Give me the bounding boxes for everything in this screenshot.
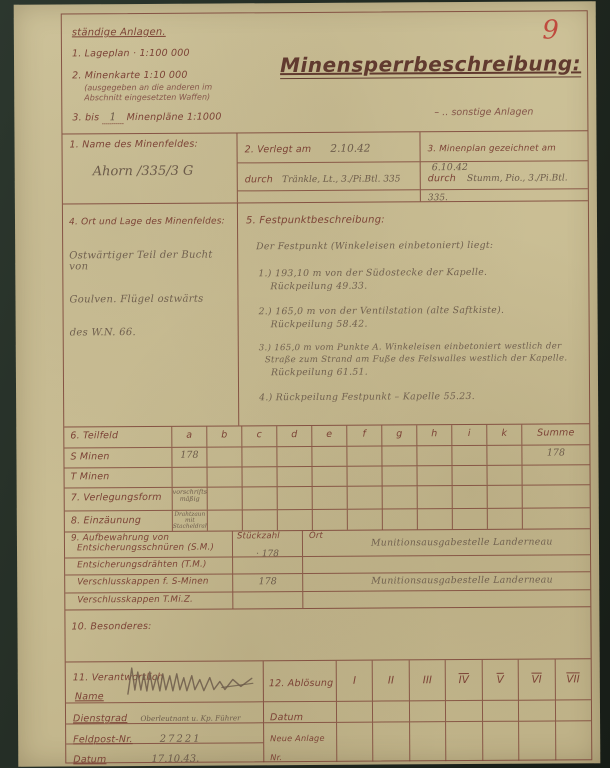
verantwortlich-block: 11. Verantwortlich Name Dienstgrad Oberl… (66, 661, 264, 763)
abloesung-label-block: 12. Ablösung Datum Neue AnlageNr. (263, 661, 337, 762)
verschlusskappen-s-label: Verschlusskappen f. S-Minen (65, 574, 232, 592)
table-cell (207, 510, 242, 530)
besonderes-label: 10. Besonderes: (71, 621, 151, 632)
table-cell (277, 510, 312, 530)
abloesung-col-2: II (372, 660, 409, 761)
abloesung-col-1: I (336, 661, 373, 762)
table-cell (276, 447, 311, 466)
table-cell (242, 467, 277, 486)
abloesung-col-7: VII (554, 659, 591, 760)
table-cell (451, 446, 486, 465)
table-cell (312, 467, 347, 486)
field5-p3l3: Rückpeilung 61.51. (271, 365, 581, 378)
field2-durch-label: durch (245, 174, 273, 185)
form-title: Minensperrbeschreibung: (280, 51, 581, 79)
verlegungsform-label: 7. Verlegungsform (65, 488, 172, 511)
form-header: ständige Anlagen. 1. Lageplan · 1:100 00… (62, 11, 588, 133)
roman-iii: III (423, 674, 432, 686)
neue-anlage-label: Neue AnlageNr. (270, 733, 325, 762)
table-cell (232, 592, 302, 608)
field5-p4: 4.) Rückpeilung Festpunkt – Kapelle 55.2… (259, 390, 581, 403)
col-c: c (241, 426, 276, 446)
table-cell (242, 487, 277, 509)
field3-durch-label: durch (428, 173, 456, 184)
field2-label: 2. Verlegt am (245, 144, 312, 155)
row3-ort: Munitionsausgabestelle Landerneau (302, 572, 590, 591)
table-cell (446, 721, 482, 762)
table-cell (232, 557, 302, 573)
table-cell (446, 700, 482, 721)
signature-scrawl (124, 663, 256, 700)
field-minenplan-gezeichnet: 3. Minenplan gezeichnet am 6.10.42 durch… (419, 131, 587, 201)
page-number: 9 (542, 15, 559, 45)
name-label: Name (75, 691, 104, 702)
table-cell (452, 466, 487, 485)
table-cell (312, 487, 347, 509)
table-cell (519, 699, 555, 720)
table-cell (207, 467, 242, 486)
table-cell (382, 486, 417, 508)
roman-i: I (353, 675, 356, 687)
table-cell (373, 721, 409, 762)
table-cell (206, 447, 241, 466)
field1-label: 1. Name des Minenfeldes: (70, 139, 198, 151)
table-cell (311, 447, 346, 466)
document-paper: ständige Anlagen. 1. Lageplan · 1:100 00… (14, 1, 601, 767)
field5-p2l2: Rückpeilung 58.42. (271, 317, 581, 330)
col-e: e (311, 426, 346, 446)
verschlusskappen-t-label: Verschlusskappen T.Mi.Z. (65, 592, 232, 609)
col-k: k (486, 425, 521, 445)
table-cell (241, 447, 276, 466)
minensperr-form: ständige Anlagen. 1. Lageplan · 1:100 00… (61, 10, 593, 763)
table-cell (381, 446, 416, 465)
verlegungsform-a: vorschrifts-mäßig (172, 488, 207, 510)
table-cell (277, 467, 312, 486)
field2-date: 2.10.42 (330, 143, 370, 155)
abloesung-col-5: V (481, 660, 518, 761)
row1-ort: Munitionsausgabestelle Landerneau (303, 536, 590, 549)
field2-durch-value: Tränkle, Lt., 3./Pi.Btl. 335 (282, 174, 401, 185)
field5-p3l2: Straße zum Strand am Fuße des Felswalles… (265, 353, 581, 365)
table-cell (556, 720, 592, 761)
table-cell (522, 485, 590, 507)
roman-vi: VI (531, 674, 541, 686)
table-cell (373, 700, 409, 721)
aufbewahrung-label: 9. Aufbewahrung von (71, 533, 169, 544)
table-cell (277, 487, 312, 509)
col-f: f (346, 426, 381, 446)
table-cell (483, 721, 519, 762)
table-cell (207, 487, 242, 509)
minenplaene-count: 1 (102, 111, 123, 124)
table-cell (242, 510, 277, 530)
verantwortlich-abloesung-section: 11. Verantwortlich Name Dienstgrad Oberl… (66, 658, 592, 763)
table-cell (555, 699, 591, 720)
table-cell (347, 510, 382, 530)
table-cell (382, 466, 417, 485)
aufbewahrung-row3: Verschlusskappen f. S-Minen 178 Munition… (65, 571, 590, 592)
table-cell (452, 509, 487, 529)
table-cell (417, 466, 452, 485)
field5-p2l1: 2.) 165,0 m von der Ventilstation (alte … (259, 304, 581, 317)
teilfeld-table: 6. Teilfeld a b c d e f g h i k Summe S … (64, 423, 590, 531)
table-cell (410, 721, 446, 762)
datum-label: Datum (73, 754, 106, 765)
s-minen-row: S Minen 178 178 (64, 444, 589, 467)
table-cell (302, 555, 590, 573)
row3-stueckzahl: 178 (232, 574, 302, 591)
minenkarte-note: (ausgegeben an die anderen im Abschnitt … (84, 83, 212, 104)
t-minen-label: T Minen (65, 468, 172, 488)
table-cell (486, 446, 521, 465)
table-cell (172, 468, 207, 487)
field-verlegt-am: 2. Verlegt am 2.10.42 durch Tränkle, Lt.… (236, 132, 419, 202)
field3-label: 3. Minenplan gezeichnet am (428, 143, 556, 154)
col-a: a (171, 427, 206, 447)
table-cell (347, 467, 382, 486)
field-ort-und-lage: 4. Ort und Lage des Minenfeldes: Ostwärt… (63, 203, 238, 426)
table-cell (522, 508, 590, 528)
col-g: g (381, 425, 416, 445)
table-cell (487, 486, 522, 508)
s-minen-label: S Minen (64, 448, 171, 468)
table-cell (312, 510, 347, 530)
table-cell (417, 486, 452, 508)
field5-label: 5. Festpunktbeschreibung: (246, 215, 385, 227)
abloesung-datum-label: Datum (270, 712, 303, 723)
list-item-minenplaene: 3. bis 1 Minenpläne 1:1000 (72, 111, 221, 124)
roman-v: V (497, 674, 504, 686)
table-cell (410, 700, 446, 721)
einzaeunung-label: 8. Einzäunung (65, 511, 172, 532)
entsicherungsschnuere-label: Entsicherungsschnüren (S.M.) (71, 543, 214, 554)
field4-label: 4. Ort und Lage des Minenfeldes: (69, 216, 225, 227)
table-cell (337, 701, 373, 722)
abloesung-col-3: III (409, 660, 446, 761)
list-item-lageplan: 1. Lageplan · 1:100 000 (72, 48, 190, 60)
table-cell (337, 722, 373, 763)
roman-vii: VII (566, 673, 579, 685)
roman-ii: II (388, 674, 394, 686)
aufbewahrung-row2: Entsicherungsdrähten (T.M.) (65, 554, 590, 574)
field5-intro: Der Festpunkt (Winkeleisen einbetoniert)… (256, 239, 580, 252)
field5-p1l1: 1.) 193,10 m von der Südostecke der Kape… (258, 266, 580, 279)
abloesung-col-4: IV (445, 660, 482, 761)
table-cell (346, 447, 381, 466)
abloesung-col-6: VI (518, 659, 555, 760)
datum-value: 17.10.43. (151, 754, 199, 765)
fields-1-2-3-row: 1. Name des Minenfeldes: Ahorn /335/3 G … (62, 130, 587, 203)
table-cell (519, 720, 555, 761)
t-minen-row: T Minen (65, 464, 590, 487)
list-item-minenkarte: 2. Minenkarte 1:10 000 (72, 70, 188, 82)
table-cell (483, 700, 519, 721)
col-h: h (416, 425, 451, 445)
s-minen-a: 178 (171, 448, 206, 467)
einzaeunung-a: DrahtzaunmitStacheldraht (172, 511, 207, 531)
aufbewahrung-section: 9. Aufbewahrung von Entsicherungsschnüre… (65, 528, 590, 609)
field4-line3: des W.N. 66. (70, 326, 232, 338)
sonstige-anlagen-label: – ‥ sonstige Anlagen (434, 107, 533, 119)
staendige-anlagen-heading: ständige Anlagen. (72, 27, 166, 39)
aufbewahrung-row1: 9. Aufbewahrung von Entsicherungsschnüre… (65, 529, 590, 557)
table-cell (522, 465, 590, 484)
table-cell (487, 466, 522, 485)
table-cell (347, 487, 382, 509)
field5-p3l1: 3.) 165,0 m vom Punkte A. Winkeleisen ei… (259, 341, 581, 353)
table-cell (487, 509, 522, 529)
roman-iv: IV (459, 674, 469, 686)
table-cell (302, 590, 590, 608)
table-cell (416, 446, 451, 465)
teilfeld-header-row: 6. Teilfeld a b c d e f g h i k Summe (64, 424, 589, 447)
field4-line2: Goulven. Flügel ostwärts (69, 293, 231, 305)
table-cell (417, 509, 452, 529)
teilfeld-label: 6. Teilfeld (64, 427, 171, 448)
table-cell (382, 509, 417, 529)
col-summe: Summe (521, 424, 589, 444)
col-d: d (276, 426, 311, 446)
fields-4-5-row: 4. Ort und Lage des Minenfeldes: Ostwärt… (63, 200, 589, 426)
field-festpunktbeschreibung: 5. Festpunktbeschreibung: Der Festpunkt … (237, 201, 589, 425)
col-b: b (206, 426, 241, 446)
besonderes-section: 10. Besonderes: (65, 606, 590, 661)
stueckzahl-header: Stückzahl (233, 531, 302, 541)
field4-line1: Ostwärtiger Teil der Bucht von (69, 249, 231, 272)
s-minen-summe: 178 (521, 445, 589, 464)
abloesung-label: 12. Ablösung (269, 678, 334, 689)
field1-value: Ahorn /335/3 G (93, 164, 194, 180)
field5-p1l2: Rückpeilung 49.33. (270, 279, 580, 292)
verlegungsform-row: 7. Verlegungsform vorschrifts-mäßig (65, 484, 590, 510)
table-cell (452, 486, 487, 508)
col-i: i (451, 425, 486, 445)
entsicherungsdraehte-label: Entsicherungsdrähten (T.M.) (65, 557, 232, 574)
field-name-des-minenfeldes: 1. Name des Minenfeldes: Ahorn /335/3 G (62, 133, 236, 203)
